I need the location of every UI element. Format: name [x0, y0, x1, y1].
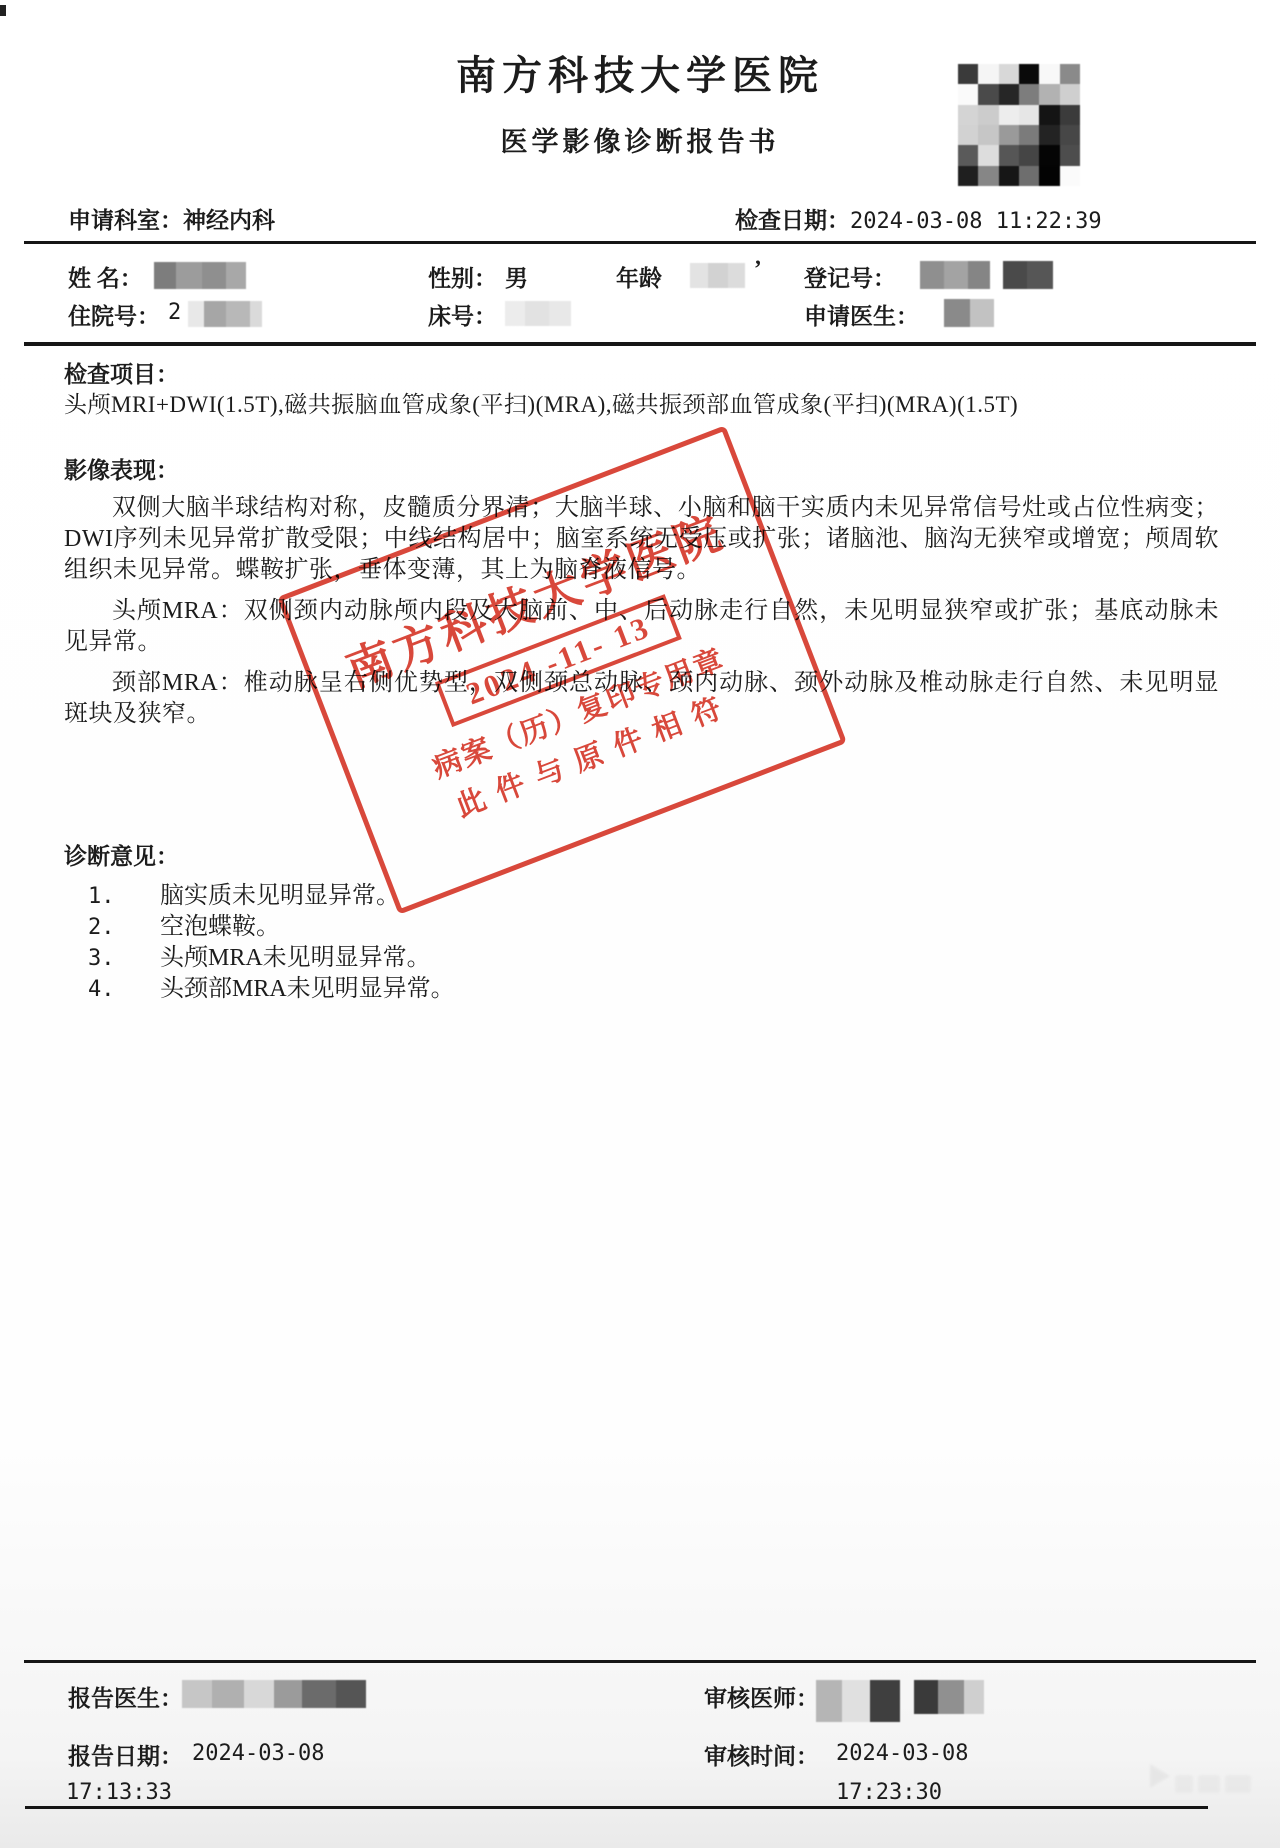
redaction-cell: [204, 301, 226, 327]
qr-code: [958, 64, 1080, 186]
report-date-value: 2024-03-08: [192, 1741, 324, 1766]
diagnosis-number-2: 2.: [64, 912, 160, 943]
redaction-cell: [920, 261, 944, 289]
redaction-cell: [968, 261, 990, 289]
admission-prefix: 2: [168, 300, 181, 325]
qr-cell: [958, 105, 978, 125]
review-doctor-redaction-2: [914, 1680, 984, 1714]
department-label: 申请科室：: [68, 208, 183, 233]
review-time-value: 17:23:30: [836, 1780, 942, 1805]
redaction-cell: [154, 262, 176, 289]
redaction-cell: [970, 299, 994, 327]
qr-cell: [978, 166, 998, 186]
gender-value: 男: [505, 260, 528, 293]
redaction-cell: [944, 261, 968, 289]
bed-redaction: [505, 301, 571, 326]
qr-cell: [958, 64, 978, 84]
diagnosis-text-1: 脑实质未见明显异常。: [160, 881, 400, 912]
age-mark: ’: [754, 256, 762, 282]
registration-redaction-1: [920, 261, 990, 289]
redaction-cell: [212, 1680, 244, 1708]
qr-cell: [958, 84, 978, 104]
diagnosis-number-3: 3.: [64, 943, 160, 974]
review-time-label: 审核时间：: [704, 1738, 819, 1771]
redaction-cell: [944, 299, 970, 327]
name-redaction: [154, 262, 246, 289]
diagnosis-text-3: 头颅MRA未见明显异常。: [160, 943, 431, 974]
footer-doctors-row: 报告医生： 审核医师：: [0, 1680, 1280, 1728]
redaction-cell: [302, 1680, 336, 1708]
redaction-cell: [870, 1680, 900, 1722]
exam-heading: 检查项目：: [64, 356, 1224, 389]
divider-footer-bottom: [25, 1806, 1208, 1809]
redaction-cell: [525, 301, 549, 326]
qr-cell: [1039, 105, 1059, 125]
play-triangle-icon: [1150, 1764, 1170, 1788]
qr-cell: [1019, 125, 1039, 145]
exam-date-label: 检查日期：: [735, 208, 850, 233]
qr-cell: [1019, 84, 1039, 104]
redaction-cell: [182, 1680, 212, 1708]
watermark-blur-2: [1198, 1775, 1220, 1793]
qr-cell: [1039, 125, 1059, 145]
video-watermark: [1150, 1764, 1270, 1792]
qr-cell: [958, 166, 978, 186]
hospital-name: 南方科技大学医院: [0, 44, 1280, 101]
admission-redaction: [188, 301, 262, 327]
qr-cell: [1039, 145, 1059, 165]
qr-cell: [958, 145, 978, 165]
diagnosis-section: 诊断意见： 1.脑实质未见明显异常。 2.空泡蝶鞍。 3.头颅MRA未见明显异常…: [64, 838, 1219, 1005]
qr-cell: [999, 105, 1019, 125]
request-doctor-redaction: [944, 299, 994, 327]
redaction-cell: [1003, 261, 1027, 289]
divider-footer-top: [24, 1660, 1256, 1663]
scan-artifact: [0, 5, 6, 16]
redaction-cell: [250, 301, 262, 327]
qr-cell: [999, 84, 1019, 104]
qr-cell: [958, 125, 978, 145]
diagnosis-item-4: 4.头颈部MRA未见明显异常。: [64, 974, 1219, 1005]
qr-cell: [978, 64, 998, 84]
report-time-value: 17:13:33: [66, 1780, 172, 1805]
redaction-cell: [914, 1680, 938, 1714]
qr-cell: [999, 125, 1019, 145]
redaction-cell: [202, 262, 226, 289]
exam-date-value: 2024-03-08 11:22:39: [850, 209, 1102, 234]
footer-times-row: 17:13:33 17:23:30: [0, 1780, 1280, 1816]
watermark-blur-3: [1225, 1775, 1251, 1793]
exam-section: 检查项目： 头颅MRI+DWI(1.5T),磁共振脑血管成象(平扫)(MRA),…: [64, 356, 1224, 420]
qr-cell: [1060, 166, 1080, 186]
redaction-cell: [336, 1680, 366, 1708]
review-doctor-redaction-1: [816, 1680, 900, 1722]
request-doctor-label: 申请医生：: [804, 298, 919, 331]
qr-cell: [1019, 166, 1039, 186]
diagnosis-item-3: 3.头颅MRA未见明显异常。: [64, 943, 1219, 974]
redaction-cell: [244, 1680, 274, 1708]
redaction-cell: [964, 1680, 984, 1714]
qr-cell: [999, 64, 1019, 84]
registration-redaction-2: [1003, 261, 1053, 289]
age-label: 年龄: [616, 260, 662, 293]
registration-label: 登记号：: [804, 260, 896, 293]
diagnosis-heading: 诊断意见：: [64, 838, 1219, 871]
medical-report-page: 南方科技大学医院 医学影像诊断报告书 申请科室：神经内科 检查日期：2024-0…: [0, 0, 1280, 1848]
qr-cell: [1060, 105, 1080, 125]
exam-date-field: 检查日期：2024-03-08 11:22:39: [735, 202, 1102, 235]
department-field: 申请科室：神经内科: [68, 202, 275, 235]
patient-row-2: 住院号： 2 床号： 申请医生：: [0, 298, 1280, 334]
divider-patient: [24, 342, 1256, 346]
qr-cell: [1039, 166, 1059, 186]
bed-label: 床号：: [428, 298, 497, 331]
redaction-cell: [226, 301, 250, 327]
redaction-cell: [549, 301, 571, 326]
watermark-blur-1: [1175, 1775, 1193, 1793]
redaction-cell: [728, 263, 745, 288]
qr-cell: [1019, 64, 1039, 84]
department-value: 神经内科: [183, 208, 275, 233]
qr-cell: [1039, 84, 1059, 104]
admission-label: 住院号：: [68, 298, 160, 331]
name-label: 姓 名：: [68, 260, 143, 293]
diagnosis-text-2: 空泡蝶鞍。: [160, 912, 280, 943]
qr-cell: [1019, 105, 1039, 125]
gender-label: 性别：: [428, 260, 497, 293]
redaction-cell: [708, 263, 728, 288]
diagnosis-number-4: 4.: [64, 974, 160, 1005]
review-doctor-label: 审核医师：: [704, 1680, 819, 1713]
qr-cell: [978, 105, 998, 125]
qr-cell: [1060, 125, 1080, 145]
redaction-cell: [842, 1680, 870, 1722]
diagnosis-item-1: 1.脑实质未见明显异常。: [64, 881, 1219, 912]
redaction-cell: [188, 301, 204, 327]
redaction-cell: [505, 301, 525, 326]
qr-cell: [999, 166, 1019, 186]
redaction-cell: [176, 262, 202, 289]
diagnosis-number-1: 1.: [64, 881, 160, 912]
qr-cell: [1060, 64, 1080, 84]
redaction-cell: [274, 1680, 302, 1708]
qr-cell: [978, 84, 998, 104]
divider-top: [24, 241, 1256, 244]
qr-cell: [1039, 64, 1059, 84]
footer-dates-row: 报告日期： 2024-03-08 审核时间： 2024-03-08: [0, 1738, 1280, 1778]
report-doctor-redaction: [182, 1680, 366, 1708]
diagnosis-item-2: 2.空泡蝶鞍。: [64, 912, 1219, 943]
qr-cell: [978, 145, 998, 165]
qr-cell: [1019, 145, 1039, 165]
redaction-cell: [938, 1680, 964, 1714]
report-title: 医学影像诊断报告书: [0, 120, 1280, 159]
redaction-cell: [816, 1680, 842, 1722]
redaction-cell: [690, 263, 708, 288]
redaction-cell: [226, 262, 246, 289]
age-redaction: [690, 263, 745, 288]
qr-cell: [978, 125, 998, 145]
patient-row-1: 姓 名： 性别： 男 年龄 ’ 登记号：: [0, 260, 1280, 296]
exam-content: 头颅MRI+DWI(1.5T),磁共振脑血管成象(平扫)(MRA),磁共振颈部血…: [64, 389, 1224, 420]
qr-cell: [1060, 145, 1080, 165]
review-date-value: 2024-03-08: [836, 1741, 968, 1766]
report-date-label: 报告日期：: [68, 1738, 183, 1771]
qr-cell: [999, 145, 1019, 165]
report-doctor-label: 报告医生：: [68, 1680, 183, 1713]
qr-cell: [1060, 84, 1080, 104]
diagnosis-text-4: 头颈部MRA未见明显异常。: [160, 974, 455, 1005]
redaction-cell: [1027, 261, 1053, 289]
